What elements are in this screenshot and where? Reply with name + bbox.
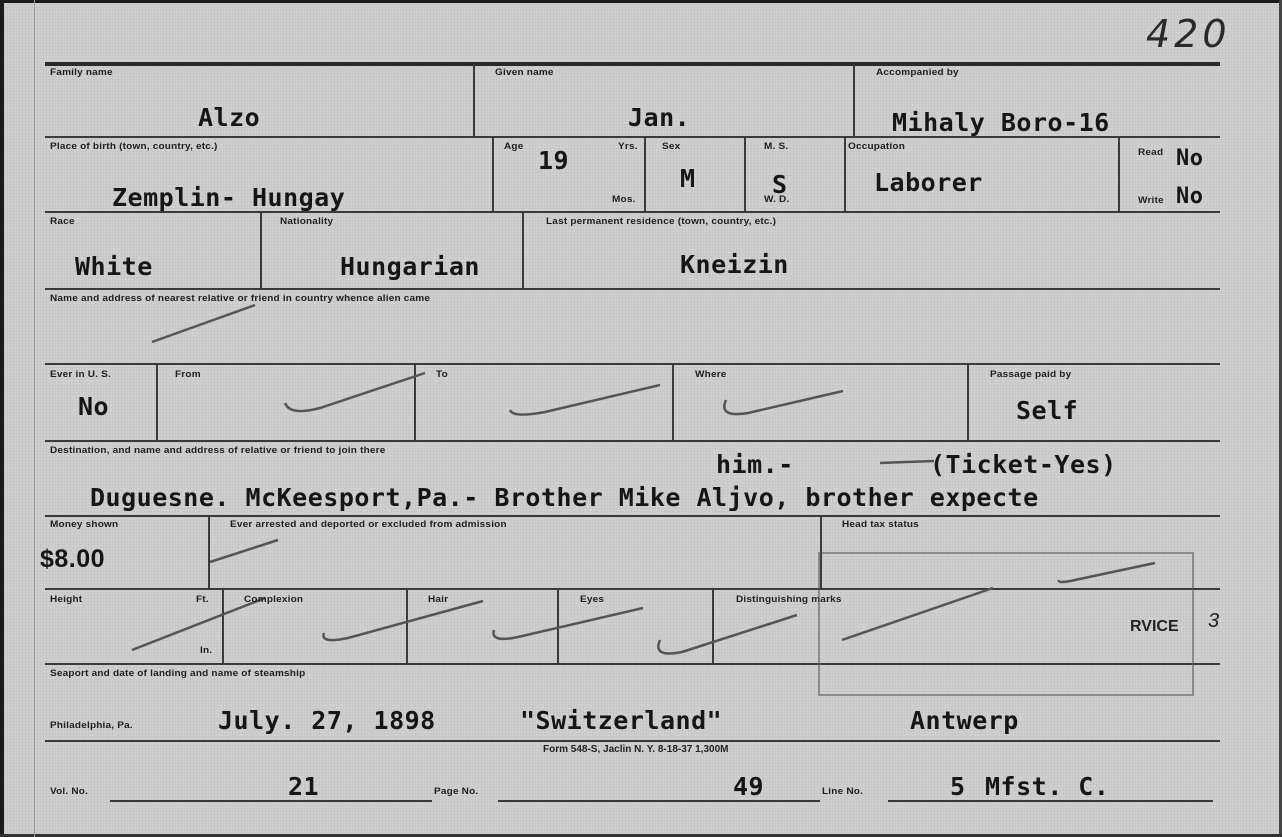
divider-given-accompanied [853,64,855,136]
nearest-relative-blank-mark [150,300,260,345]
steamship-name: "Switzerland" [520,706,722,735]
seaport-label: Seaport and date of landing and name of … [50,668,305,678]
immigration-card: 420 Family name Alzo Given name Jan. Acc… [0,0,1282,837]
margin-line [34,0,35,837]
vol-no-label: Vol. No. [50,786,88,796]
where-blank-mark [718,388,848,423]
family-name-value: Alzo [198,103,260,132]
line-no-value: 5 [950,772,966,801]
head-tax-status-label: Head tax status [842,519,919,529]
divider-nationality-residence [522,213,524,288]
divider-family-given [473,64,475,136]
divider-everinus-from [156,365,158,440]
to-blank-mark [505,380,665,420]
last-residence-label: Last permanent residence (town, country,… [546,216,776,226]
ever-arrested-label: Ever arrested and deported or excluded f… [230,519,507,529]
age-value: 19 [538,146,569,175]
rule-top [45,62,1220,66]
occupation-value: Laborer [874,168,983,197]
complexion-blank-mark [318,598,488,648]
divider-where-passage [967,365,969,440]
passage-paid-by-value: Self [1016,396,1078,425]
given-name-label: Given name [495,67,554,77]
hair-blank-mark [488,605,648,645]
divider-ms-occupation [844,138,846,211]
marital-status-label: M. S. [764,141,788,151]
sex-label: Sex [662,141,680,151]
read-label: Read [1138,147,1163,157]
age-months-label: Mos. [612,194,636,204]
page-no-value: 49 [733,772,764,801]
write-label: Write [1138,195,1164,205]
form-footnote: Form 548-S, Jaclin N. Y. 8-18-37 1,300M [543,744,728,755]
scan-edge-left [0,0,4,837]
ever-in-us-label: Ever in U. S. [50,369,111,379]
page-no-label: Page No. [434,786,478,796]
age-label: Age [504,141,524,151]
rule-row4 [45,363,1220,365]
family-name-label: Family name [50,67,113,77]
divider-age-sex [644,138,646,211]
seaport-port: Philadelphia, Pa. [50,720,133,730]
stamp-handwritten-mark: 3 [1208,610,1219,633]
port-of-origin: Antwerp [910,706,1019,735]
passage-paid-by-label: Passage paid by [990,369,1071,379]
eyes-blank-mark [652,610,802,660]
height-label: Height [50,594,82,604]
given-name-value: Jan. [628,103,690,132]
place-of-birth-value: Zemplin- Hungay [112,183,345,212]
money-shown-label: Money shown [50,519,118,529]
accompanied-by-label: Accompanied by [876,67,959,77]
destination-line2: Duguesne. McKeesport,Pa.- Brother Mike A… [90,483,1039,512]
race-label: Race [50,216,75,226]
divider-occupation-read [1118,138,1120,211]
divider-birth-age [492,138,494,211]
last-residence-value: Kneizin [680,250,789,279]
age-years-label: Yrs. [618,141,638,151]
place-of-birth-label: Place of birth (town, country, etc.) [50,141,218,151]
divider-sex-ms [744,138,746,211]
ever-arrested-blank-mark [208,536,283,566]
stamp-visible-text: RVICE [1130,618,1179,636]
ever-in-us-value: No [78,392,109,421]
nationality-value: Hungarian [340,252,480,281]
destination-dash-mark [878,455,938,467]
rule-row6 [45,515,1220,517]
page-no-underline [498,800,820,802]
race-value: White [75,252,153,281]
line-no-note: Mfst. C. [985,772,1109,801]
rule-row5 [45,440,1220,442]
destination-ticket-note: (Ticket-Yes) [930,450,1117,479]
marital-status-sub-label: W. D. [764,194,789,204]
from-label: From [175,369,201,379]
scan-edge-top [0,0,1282,3]
divider-to-where [672,365,674,440]
from-blank-mark [280,368,430,418]
landing-date: July. 27, 1898 [218,706,436,735]
accompanied-by-value: Mihaly Boro-16 [892,108,1110,137]
hair-label: Hair [428,594,448,604]
read-value: No [1176,146,1204,171]
divider-race-nationality [260,213,262,288]
complexion-label: Complexion [244,594,303,604]
line-no-label: Line No. [822,786,863,796]
rule-row3 [45,288,1220,290]
sex-value: M [680,164,696,193]
write-value: No [1176,184,1204,209]
nationality-label: Nationality [280,216,333,226]
rule-row9 [45,740,1220,742]
where-label: Where [695,369,727,379]
money-shown-value: $8.00 [40,545,105,574]
vol-no-underline [110,800,432,802]
destination-line1: him.- [716,450,794,479]
eyes-label: Eyes [580,594,604,604]
to-label: To [436,369,448,379]
destination-label: Destination, and name and address of rel… [50,445,386,455]
handwritten-card-number: 420 [1146,12,1231,56]
occupation-label: Occupation [848,141,905,151]
vol-no-value: 21 [288,772,319,801]
